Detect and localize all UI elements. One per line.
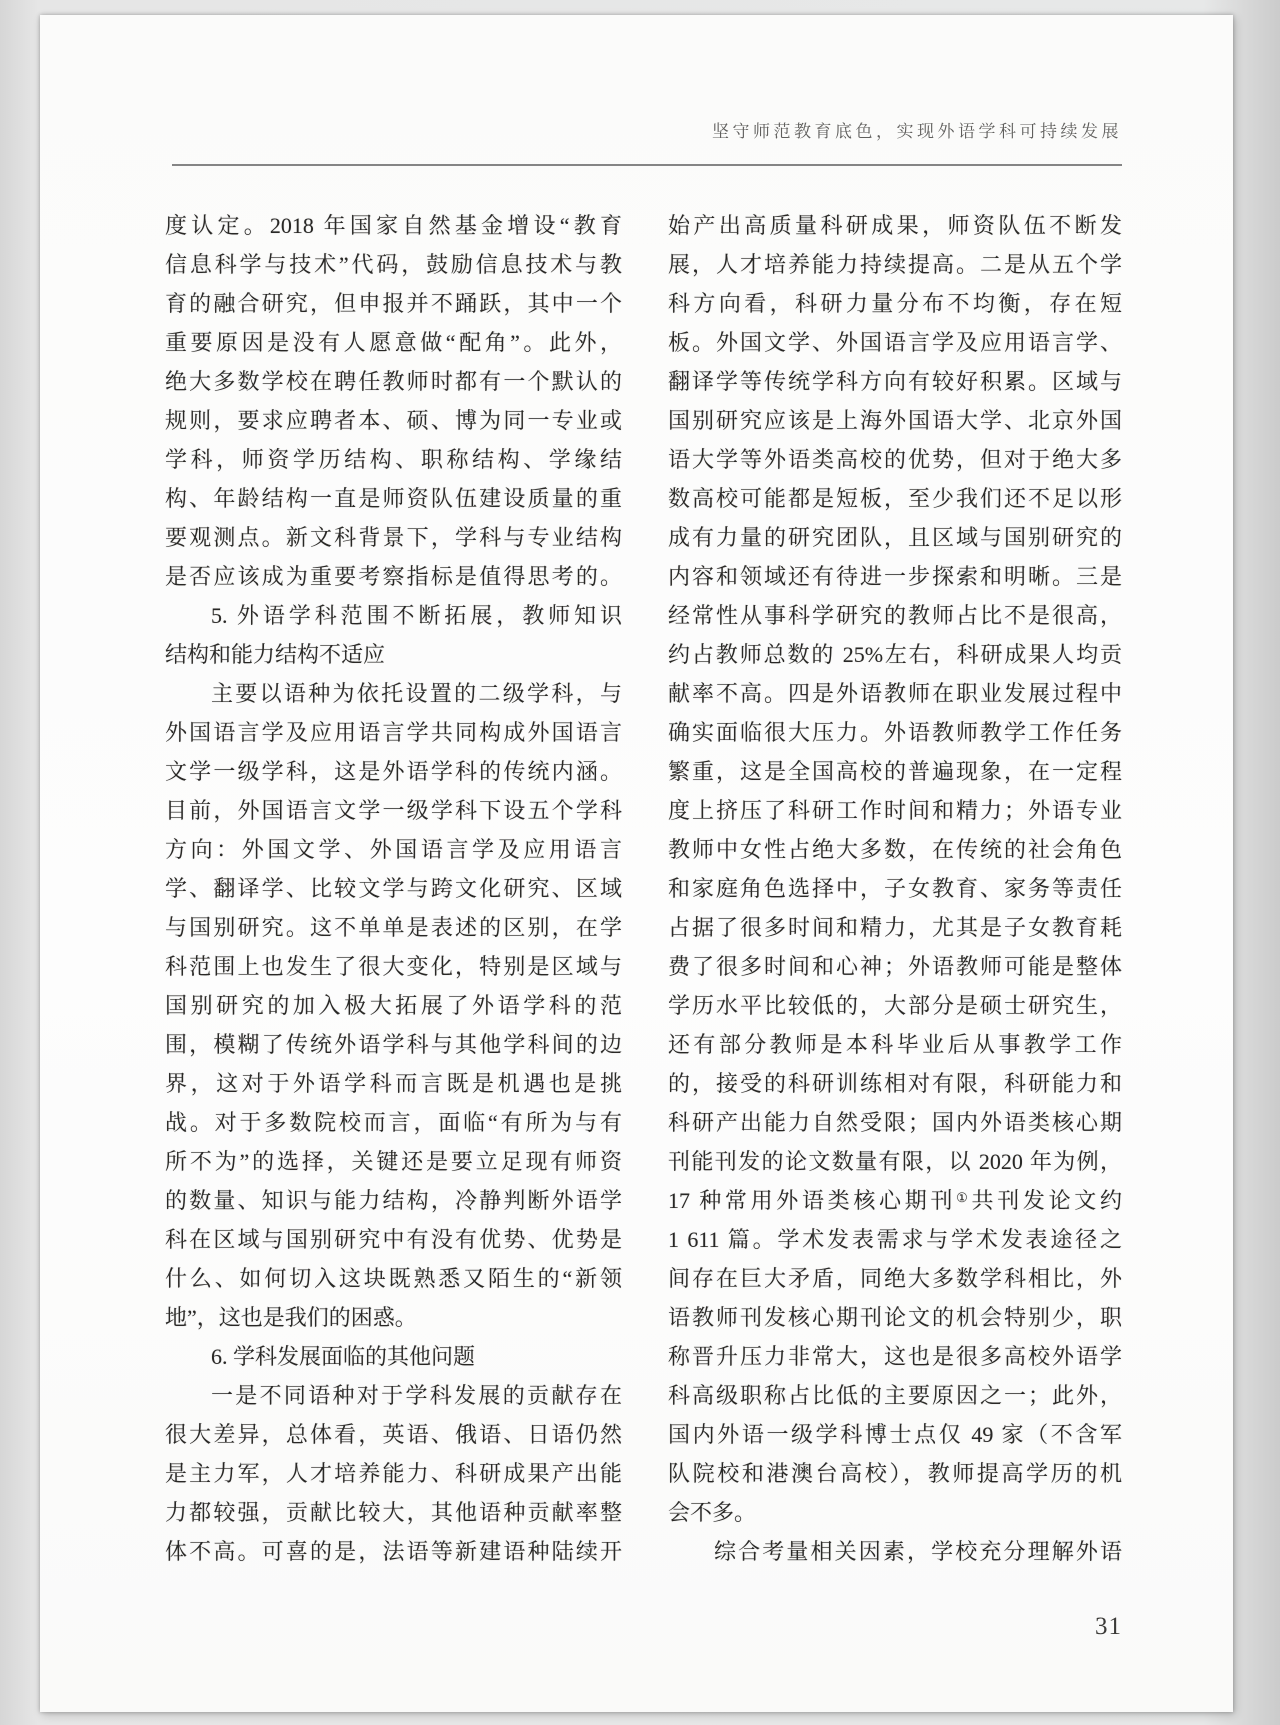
text-line: 翻译学等传统学科方向有较好积累。区域与 xyxy=(668,362,1122,401)
text-line: 确实面临很大压力。外语教师教学工作任务 xyxy=(668,713,1122,752)
scan-background: 坚守师范教育底色，实现外语学科可持续发展 度认定。2018 年国家自然基金增设“… xyxy=(0,0,1280,1725)
text-line: 目前，外国语言文学一级学科下设五个学科 xyxy=(165,791,622,830)
text-line: 队院校和港澳台高校），教师提高学历的机 xyxy=(668,1454,1122,1493)
text-line: 界，这对于外语学科而言既是机遇也是挑 xyxy=(165,1064,622,1103)
text-line: 外国语言学及应用语言学共同构成外国语言 xyxy=(165,713,622,752)
text-line: 始产出高质量科研成果，师资队伍不断发 xyxy=(668,206,1122,245)
text-line: 方向：外国文学、外国语言学及应用语言 xyxy=(165,830,622,869)
text-line: 约占教师总数的 25%左右，科研成果人均贡 xyxy=(668,635,1122,674)
text-line: 的数量、知识与能力结构，冷静判断外语学 xyxy=(165,1181,622,1220)
text-line: 重要原因是没有人愿意做“配角”。此外， xyxy=(165,323,622,362)
running-header: 坚守师范教育底色，实现外语学科可持续发展 xyxy=(165,121,1122,143)
text-line: 17 种常用外语类核心期刊①共刊发论文约 xyxy=(668,1181,1122,1220)
text-line: 费了很多时间和心神；外语教师可能是整体 xyxy=(668,947,1122,986)
document-page: 坚守师范教育底色，实现外语学科可持续发展 度认定。2018 年国家自然基金增设“… xyxy=(40,15,1233,1712)
text-line: 板。外国文学、外国语言学及应用语言学、 xyxy=(668,323,1122,362)
text-line: 还有部分教师是本科毕业后从事教学工作 xyxy=(668,1025,1122,1064)
text-line: 规则，要求应聘者本、硕、博为同一专业或 xyxy=(165,401,622,440)
text-line: 6. 学科发展面临的其他问题 xyxy=(165,1337,622,1376)
text-line: 学历水平比较低的，大部分是硕士研究生， xyxy=(668,986,1122,1025)
text-line: 度认定。2018 年国家自然基金增设“教育 xyxy=(165,206,622,245)
text-line: 国内外语一级学科博士点仅 49 家（不含军 xyxy=(668,1415,1122,1454)
text-line: 会不多。 xyxy=(668,1493,1122,1532)
text-line: 绝大多数学校在聘任教师时都有一个默认的 xyxy=(165,362,622,401)
text-line: 是否应该成为重要考察指标是值得思考的。 xyxy=(165,557,622,596)
text-line: 所不为”的选择，关键还是要立足现有师资 xyxy=(165,1142,622,1181)
text-line: 很大差异，总体看，英语、俄语、日语仍然 xyxy=(165,1415,622,1454)
text-line: 科高级职称占比低的主要原因之一；此外， xyxy=(668,1376,1122,1415)
text-line: 和家庭角色选择中，子女教育、家务等责任 xyxy=(668,869,1122,908)
text-line: 展，人才培养能力持续提高。二是从五个学 xyxy=(668,245,1122,284)
text-column-right: 始产出高质量科研成果，师资队伍不断发展，人才培养能力持续提高。二是从五个学科方向… xyxy=(668,206,1122,1571)
text-line: 语教师刊发核心期刊论文的机会特别少，职 xyxy=(668,1298,1122,1337)
text-line: 综合考量相关因素，学校充分理解外语 xyxy=(668,1532,1122,1571)
text-line: 度上挤压了科研工作时间和精力；外语专业 xyxy=(668,791,1122,830)
text-line: 结构和能力结构不适应 xyxy=(165,635,622,674)
text-line: 国别研究的加入极大拓展了外语学科的范 xyxy=(165,986,622,1025)
text-line: 科方向看，科研力量分布不均衡，存在短 xyxy=(668,284,1122,323)
text-line: 什么、如何切入这块既熟悉又陌生的“新领 xyxy=(165,1259,622,1298)
text-line: 力都较强，贡献比较大，其他语种贡献率整 xyxy=(165,1493,622,1532)
text-line: 构、年龄结构一直是师资队伍建设质量的重 xyxy=(165,479,622,518)
text-line: 间存在巨大矛盾，同绝大多数学科相比，外 xyxy=(668,1259,1122,1298)
text-line: 科研产出能力自然受限；国内外语类核心期 xyxy=(668,1103,1122,1142)
text-line: 5. 外语学科范围不断拓展，教师知识 xyxy=(165,596,622,635)
text-line: 占据了很多时间和精力，尤其是子女教育耗 xyxy=(668,908,1122,947)
page-number: 31 xyxy=(165,1613,1122,1641)
text-line: 献率不高。四是外语教师在职业发展过程中 xyxy=(668,674,1122,713)
text-line: 学科，师资学历结构、职称结构、学缘结 xyxy=(165,440,622,479)
text-line: 内容和领域还有待进一步探索和明晰。三是 xyxy=(668,557,1122,596)
text-line: 刊能刊发的论文数量有限，以 2020 年为例， xyxy=(668,1142,1122,1181)
text-line: 是主力军，人才培养能力、科研成果产出能 xyxy=(165,1454,622,1493)
text-column-left: 度认定。2018 年国家自然基金增设“教育信息科学与技术”代码，鼓励信息技术与教… xyxy=(165,206,622,1571)
text-line: 数高校可能都是短板，至少我们还不足以形 xyxy=(668,479,1122,518)
text-line: 要观测点。新文科背景下，学科与专业结构 xyxy=(165,518,622,557)
text-line: 称晋升压力非常大，这也是很多高校外语学 xyxy=(668,1337,1122,1376)
text-line: 科在区域与国别研究中有没有优势、优势是 xyxy=(165,1220,622,1259)
text-line: 国别研究应该是上海外国语大学、北京外国 xyxy=(668,401,1122,440)
text-line: 主要以语种为依托设置的二级学科，与 xyxy=(165,674,622,713)
running-header-title: 坚守师范教育底色，实现外语学科可持续发展 xyxy=(712,122,1122,141)
text-line: 科范围上也发生了很大变化，特别是区域与 xyxy=(165,947,622,986)
text-line: 信息科学与技术”代码，鼓励信息技术与教 xyxy=(165,245,622,284)
text-line: 地”，这也是我们的困惑。 xyxy=(165,1298,622,1337)
text-line: 一是不同语种对于学科发展的贡献存在 xyxy=(165,1376,622,1415)
header-rule xyxy=(172,164,1122,166)
text-line: 学、翻译学、比较文学与跨文化研究、区域 xyxy=(165,869,622,908)
text-line: 教师中女性占绝大多数，在传统的社会角色 xyxy=(668,830,1122,869)
text-line: 语大学等外语类高校的优势，但对于绝大多 xyxy=(668,440,1122,479)
text-line: 文学一级学科，这是外语学科的传统内涵。 xyxy=(165,752,622,791)
text-line: 的，接受的科研训练相对有限，科研能力和 xyxy=(668,1064,1122,1103)
text-line: 繁重，这是全国高校的普遍现象，在一定程 xyxy=(668,752,1122,791)
text-line: 体不高。可喜的是，法语等新建语种陆续开 xyxy=(165,1532,622,1571)
text-line: 与国别研究。这不单单是表述的区别，在学 xyxy=(165,908,622,947)
text-line: 1 611 篇。学术发表需求与学术发表途径之 xyxy=(668,1220,1122,1259)
text-line: 经常性从事科学研究的教师占比不是很高， xyxy=(668,596,1122,635)
text-line: 围，模糊了传统外语学科与其他学科间的边 xyxy=(165,1025,622,1064)
text-line: 战。对于多数院校而言，面临“有所为与有 xyxy=(165,1103,622,1142)
text-line: 育的融合研究，但申报并不踊跃，其中一个 xyxy=(165,284,622,323)
text-line: 成有力量的研究团队，且区域与国别研究的 xyxy=(668,518,1122,557)
